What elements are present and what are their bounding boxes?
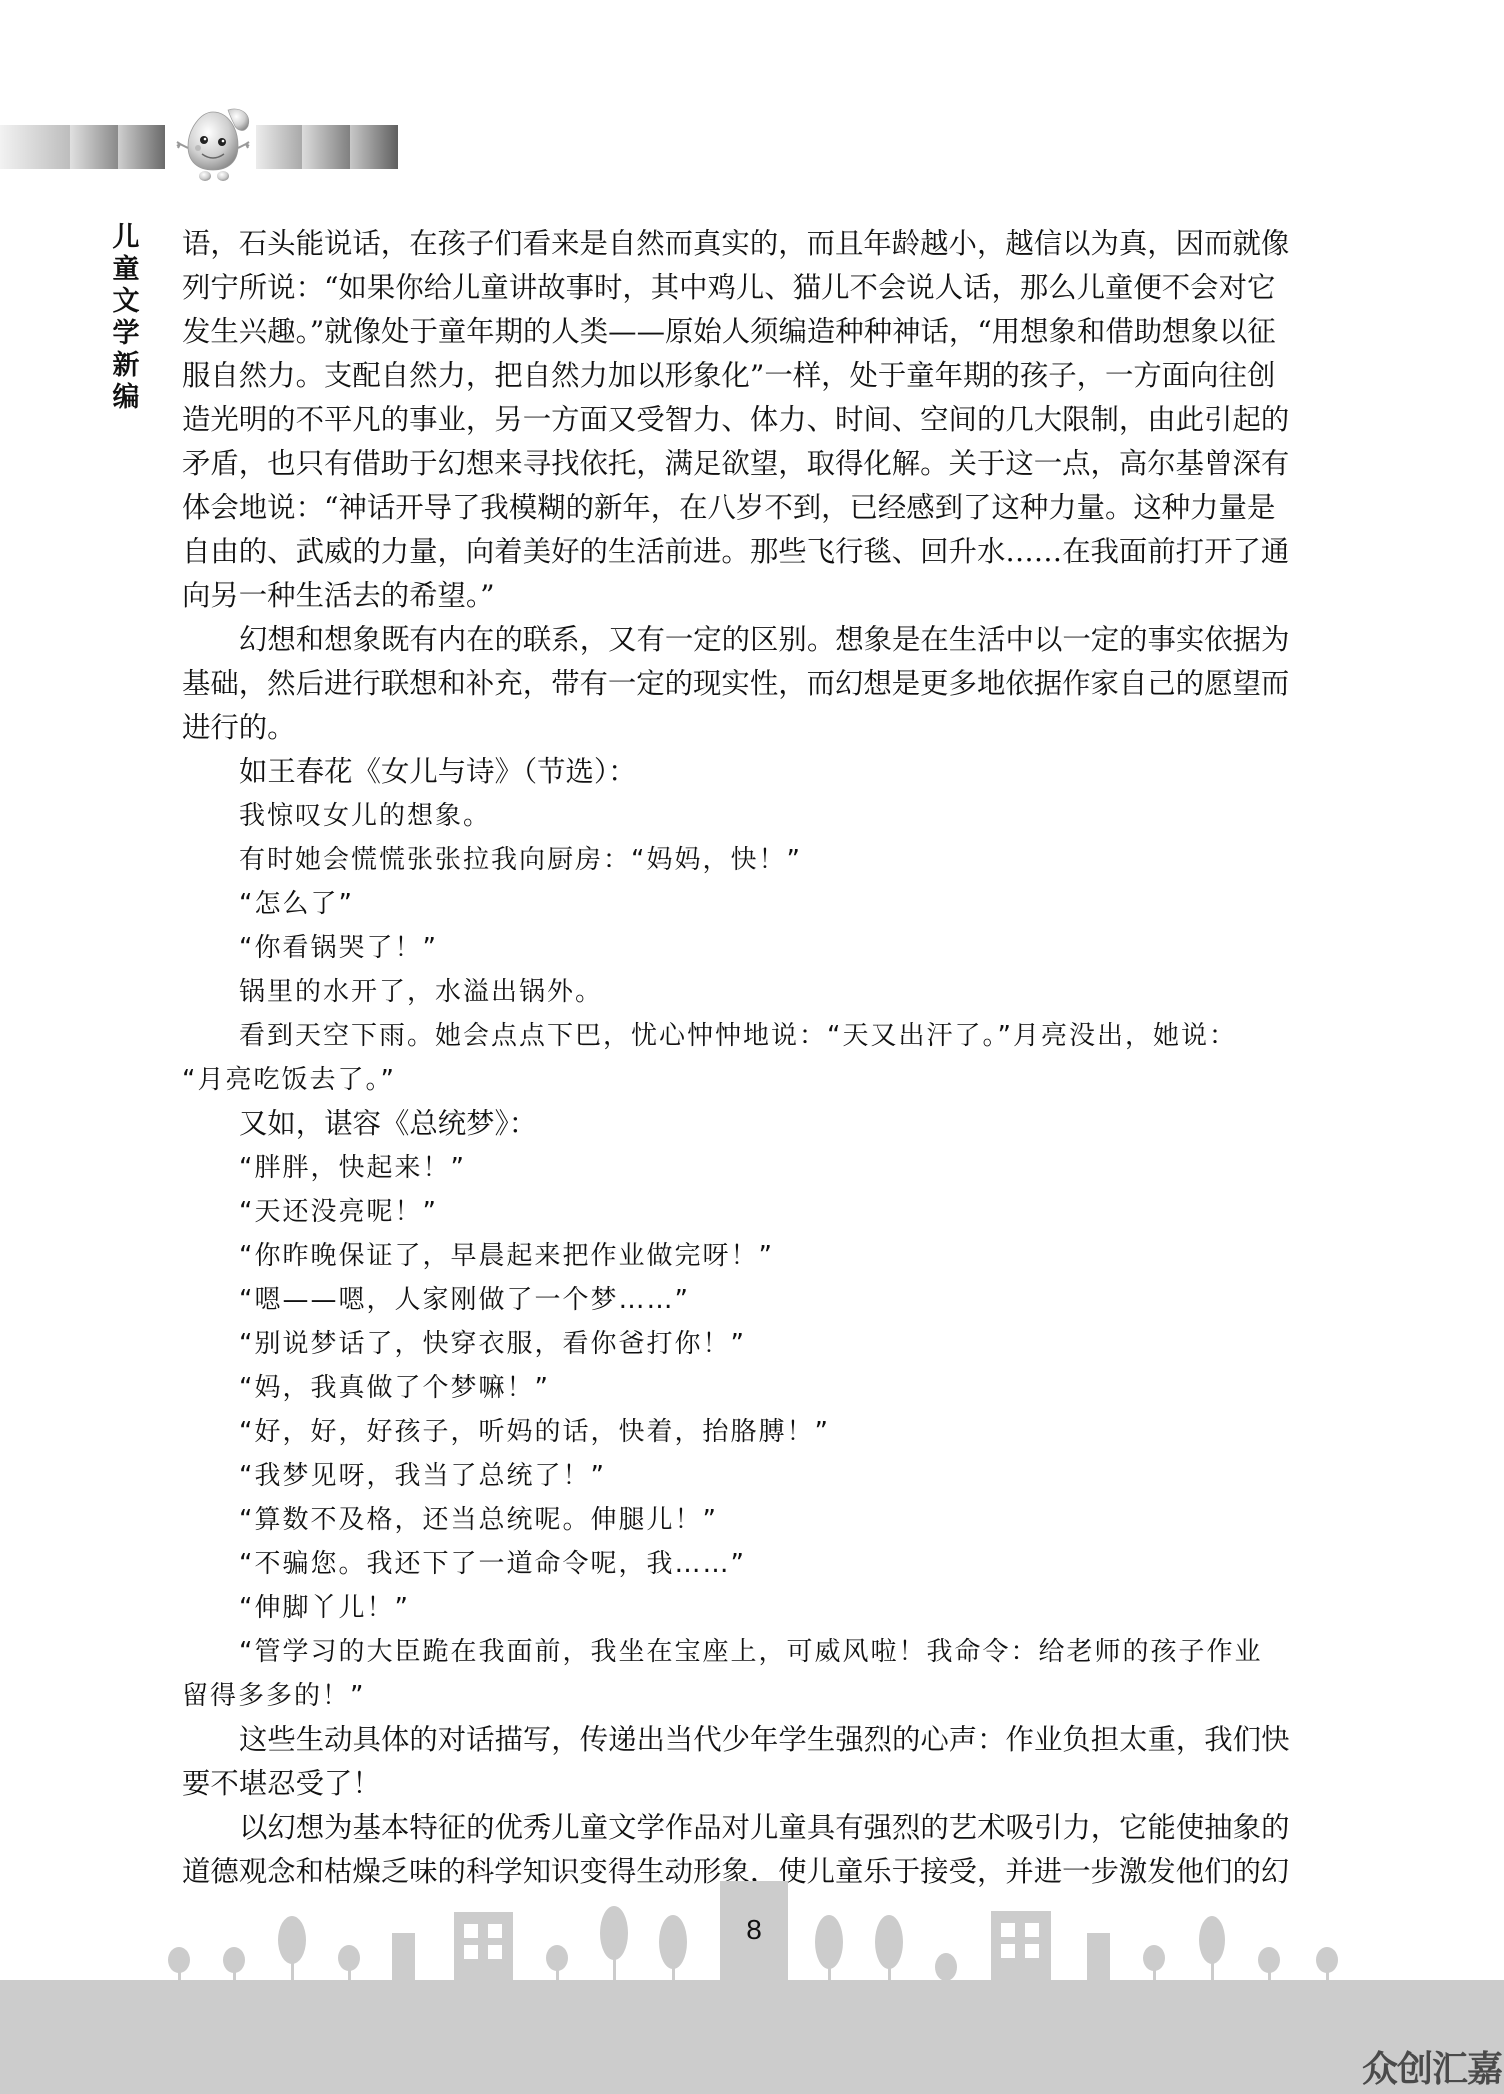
- window: [1001, 1923, 1015, 1937]
- paragraph-line: 要不堪忍受了！: [182, 1762, 1324, 1806]
- page-number-box: 8: [720, 1881, 788, 1981]
- side-title-char: 学: [108, 318, 144, 350]
- building-icon: [1087, 1933, 1110, 1981]
- window: [488, 1945, 502, 1959]
- tree-icon: [1316, 1947, 1338, 1980]
- header-bar-block: [302, 125, 350, 169]
- paragraph-line: 基础，然后进行联想和补充，带有一定的现实性，而幻想是更多地依据作家自己的愿望而: [182, 662, 1324, 706]
- window: [1001, 1944, 1015, 1958]
- tree-icon: [1143, 1945, 1165, 1980]
- quoted-verse-line: “不骗您。我还下了一道命令呢，我……”: [182, 1542, 1324, 1586]
- book-title-vertical: 儿 童 文 学 新 编: [108, 222, 144, 414]
- water-drop-mascot-icon: [168, 100, 258, 185]
- tree-icon: [600, 1906, 628, 1980]
- quoted-verse-line: “嗯——嗯，人家刚做了一个梦……”: [182, 1278, 1324, 1322]
- side-title-char: 儿: [108, 222, 144, 254]
- watermark-logo: 众创汇嘉: [1362, 2041, 1502, 2092]
- tree-icon: [338, 1945, 360, 1980]
- page-number: 8: [720, 1914, 788, 1946]
- paragraph-line: 矛盾，也只有借助于幻想来寻找依托，满足欲望，取得化解。关于这一点，高尔基曾深有: [182, 442, 1324, 486]
- quoted-verse-line: 有时她会慌慌张张拉我向厨房：“妈妈，快！”: [182, 838, 1324, 882]
- paragraph-line: 以幻想为基本特征的优秀儿童文学作品对儿童具有强烈的艺术吸引力，它能使抽象的: [182, 1806, 1324, 1850]
- quoted-verse-line: “怎么了”: [182, 882, 1324, 926]
- building-icon: [991, 1911, 1051, 1981]
- page-body-text: 语，石头能说话，在孩子们看来是自然而真实的，而且年龄越小，越信以为真，因而就像列…: [182, 222, 1324, 1894]
- side-title-char: 文: [108, 286, 144, 318]
- tree-icon: [659, 1915, 687, 1980]
- footer-skyline-decoration: 8 众创汇嘉: [0, 1870, 1504, 2094]
- tree-icon: [1258, 1947, 1280, 1980]
- side-title-char: 童: [108, 254, 144, 286]
- window: [1025, 1923, 1039, 1937]
- header-bar-block: [350, 125, 398, 169]
- window: [488, 1924, 502, 1938]
- header-bar-block: [118, 125, 165, 169]
- paragraph-line: 造光明的不平凡的事业，另一方面又受智力、体力、时间、空间的几大限制，由此引起的: [182, 398, 1324, 442]
- tree-icon: [278, 1916, 306, 1980]
- paragraph-line: 列宁所说：“如果你给儿童讲故事时，其中鸡儿、猫儿不会说人话，那么儿童便不会对它: [182, 266, 1324, 310]
- window: [464, 1945, 478, 1959]
- paragraph-line: 服自然力。支配自然力，把自然力加以形象化”一样，处于童年期的孩子，一方面向往创: [182, 354, 1324, 398]
- tree-icon: [223, 1947, 245, 1980]
- quoted-verse-line: 留得多多的！”: [182, 1674, 1324, 1718]
- window: [1025, 1944, 1039, 1958]
- paragraph-line: 幻想和想象既有内在的联系，又有一定的区别。想象是在生活中以一定的事实依据为: [182, 618, 1324, 662]
- quoted-verse-line: “别说梦话了，快穿衣服，看你爸打你！”: [182, 1322, 1324, 1366]
- paragraph-line: 又如，谌容《总统梦》：: [182, 1102, 1324, 1146]
- tree-icon: [935, 1953, 957, 1980]
- building-icon: [454, 1912, 513, 1981]
- quoted-verse-line: “好，好，好孩子，听妈的话，快着，抬胳膊！”: [182, 1410, 1324, 1454]
- quoted-verse-line: “月亮吃饭去了。”: [182, 1058, 1324, 1102]
- quoted-verse-line: “伸脚丫儿！”: [182, 1586, 1324, 1630]
- paragraph-line: 这些生动具体的对话描写，传递出当代少年学生强烈的心声：作业负担太重，我们快: [182, 1718, 1324, 1762]
- quoted-verse-line: “天还没亮呢！”: [182, 1190, 1324, 1234]
- side-title-char: 编: [108, 382, 144, 414]
- quoted-verse-line: 锅里的水开了，水溢出锅外。: [182, 970, 1324, 1014]
- tree-icon: [875, 1915, 903, 1980]
- paragraph-line: 进行的。: [182, 706, 1324, 750]
- quoted-verse-line: 我惊叹女儿的想象。: [182, 794, 1324, 838]
- tree-icon: [1199, 1916, 1225, 1980]
- tree-icon: [546, 1945, 568, 1980]
- paragraph-line: 向另一种生活去的希望。”: [182, 574, 1324, 618]
- paragraph-line: 语，石头能说话，在孩子们看来是自然而真实的，而且年龄越小，越信以为真，因而就像: [182, 222, 1324, 266]
- header-bar-block: [70, 125, 118, 169]
- quoted-verse-line: “算数不及格，还当总统呢。伸腿儿！”: [182, 1498, 1324, 1542]
- quoted-verse-line: “你昨晚保证了，早晨起来把作业做完呀！”: [182, 1234, 1324, 1278]
- quoted-verse-line: “管学习的大臣跪在我面前，我坐在宝座上，可威风啦！我命令：给老师的孩子作业: [182, 1630, 1324, 1674]
- paragraph-line: 如王春花《女儿与诗》（节选）：: [182, 750, 1324, 794]
- quoted-verse-line: “妈，我真做了个梦嘛！”: [182, 1366, 1324, 1410]
- quoted-verse-line: “胖胖，快起来！”: [182, 1146, 1324, 1190]
- quoted-verse-line: “你看锅哭了！”: [182, 926, 1324, 970]
- paragraph-line: 自由的、武威的力量，向着美好的生活前进。那些飞行毯、回升水……在我面前打开了通: [182, 530, 1324, 574]
- tree-icon: [168, 1947, 190, 1980]
- quoted-verse-line: “我梦见呀，我当了总统了！”: [182, 1454, 1324, 1498]
- paragraph-line: 体会地说：“神话开导了我模糊的新年，在八岁不到，已经感到了这种力量。这种力量是: [182, 486, 1324, 530]
- header-bar-block: [256, 125, 302, 169]
- header-bar-block: [0, 125, 70, 169]
- tree-icon: [815, 1915, 843, 1980]
- footer-ground-band: [0, 1980, 1504, 2094]
- paragraph-line: 发生兴趣。”就像处于童年期的人类——原始人须编造种种神话，“用想象和借助想象以征: [182, 310, 1324, 354]
- side-title-char: 新: [108, 350, 144, 382]
- window: [464, 1924, 478, 1938]
- quoted-verse-line: 看到天空下雨。她会点点下巴，忧心忡忡地说：“天又出汗了。”月亮没出，她说：: [182, 1014, 1324, 1058]
- building-icon: [392, 1933, 415, 1981]
